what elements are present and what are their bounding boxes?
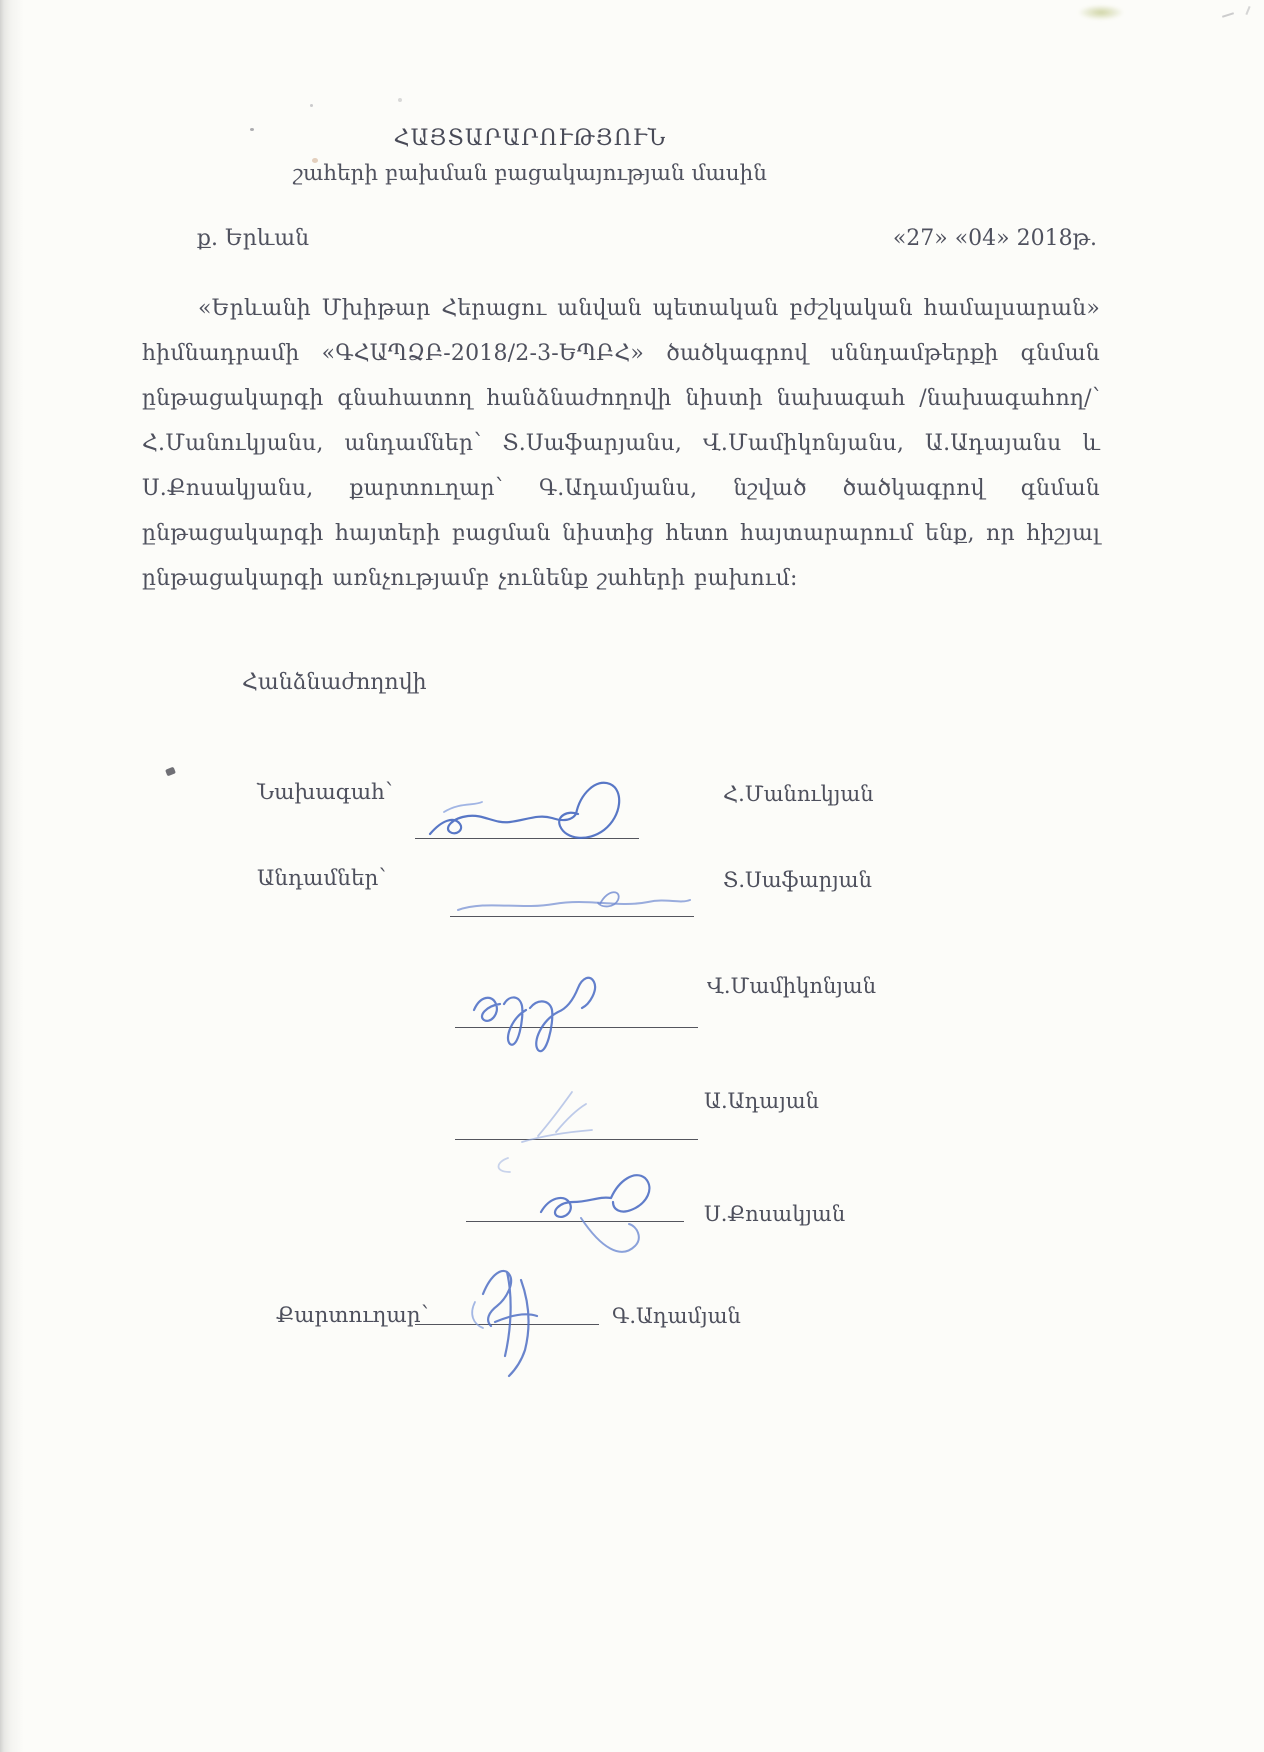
signatory-name-manukyan: Հ.Մանուկյան	[723, 782, 874, 806]
signatory-name-mamikonyan: Վ.Մամիկոնյան	[707, 974, 876, 998]
scan-edge-shadow	[0, 0, 24, 1752]
signature-manukyan	[420, 772, 650, 857]
signatory-role-members: Անդամներ՝	[257, 866, 386, 891]
signatory-name-safaryan: Տ.Սաֆարյան	[723, 868, 872, 892]
scan-mark	[165, 767, 176, 777]
scanned-declaration-page: ՀԱՅՏԱՐԱՐՈՒԹՅՈՒՆ շահերի բախման բացակայութ…	[0, 0, 1264, 1752]
committee-heading: Հանձնաժողովի	[242, 670, 427, 695]
scan-smudge	[1078, 5, 1124, 20]
signature-safaryan	[450, 880, 700, 925]
body-paragraph: «Երևանի Մխիթար Հերացու անվան պետական բժշ…	[142, 286, 1100, 601]
document-title: ՀԱՅՏԱՐԱՐՈՒԹՅՈՒՆ	[0, 126, 1060, 151]
signature-mamikonyan	[460, 958, 620, 1068]
document-subtitle: շահերի բախման բացակայության մասին	[0, 161, 1060, 186]
signatory-role-chairman: Նախագահ՝	[257, 780, 393, 805]
place-label: ք. Երևան	[197, 226, 309, 251]
scan-speck	[398, 98, 402, 102]
signatory-role-secretary: Քարտուղար՝	[276, 1303, 428, 1328]
scan-mark	[1245, 6, 1250, 15]
signatory-name-kosakyan: Ս.Քոսակյան	[704, 1202, 845, 1226]
date-label: «27» «04» 2018թ.	[893, 226, 1097, 251]
scan-mark	[1222, 12, 1234, 18]
signatory-name-adayan: Ա.Ադայան	[704, 1089, 819, 1113]
signature-adamyan	[445, 1258, 585, 1388]
signatory-name-adamyan: Գ.Ադամյան	[612, 1304, 741, 1328]
scan-speck	[310, 104, 313, 107]
